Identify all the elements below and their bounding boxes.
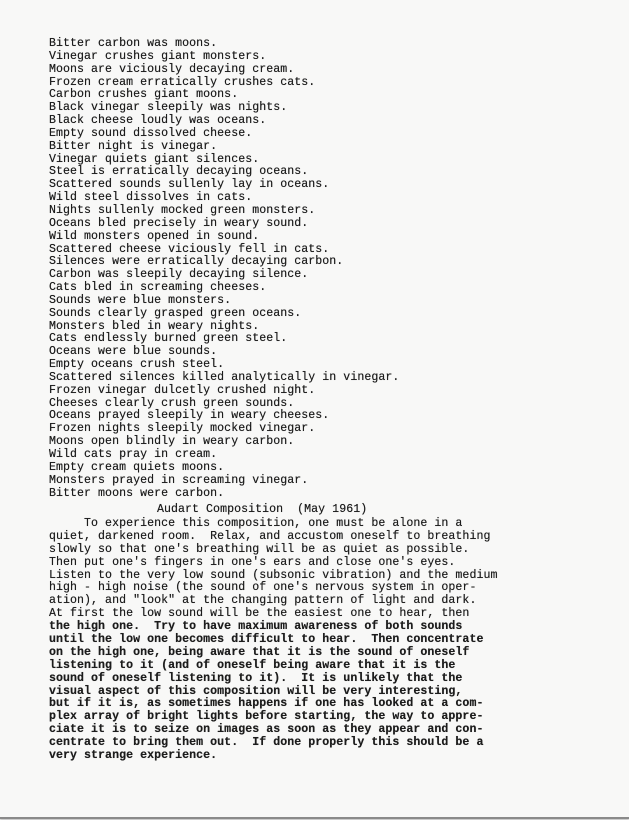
composition-line: on the high one, being aware that it is …	[49, 647, 497, 660]
poem-line: Sounds clearly grasped green oceans.	[49, 308, 399, 321]
poem-line: Empty oceans crush steel.	[49, 359, 399, 372]
poem-line: Vinegar crushes giant monsters.	[49, 51, 399, 64]
poem-line: Bitter moons were carbon.	[49, 488, 399, 501]
poem-line: Wild cats pray in cream.	[49, 449, 399, 462]
poem-line: Empty cream quiets moons.	[49, 462, 399, 475]
composition-line: sound of oneself listening to it). It is…	[49, 673, 497, 686]
poem-line: Cats bled in screaming cheeses.	[49, 282, 399, 295]
poem-line: Empty sound dissolved cheese.	[49, 128, 399, 141]
poem-line: Black cheese loudly was oceans.	[49, 115, 399, 128]
composition-line: quiet, darkened room. Relax, and accusto…	[49, 531, 497, 544]
composition-text: To experience this composition, one must…	[49, 518, 497, 763]
composition-title: Audart Composition (May 1961)	[157, 503, 367, 516]
poem-line: Nights sullenly mocked green monsters.	[49, 205, 399, 218]
typewritten-page: Bitter carbon was moons. Vinegar crushes…	[0, 0, 629, 819]
composition-line: until the low one becomes difficult to h…	[49, 634, 497, 647]
poem-line: Oceans bled precisely in weary sound.	[49, 218, 399, 231]
poem-line: Bitter carbon was moons.	[49, 38, 399, 51]
composition-line: listening to it (and of oneself being aw…	[49, 660, 497, 673]
composition-line: slowly so that one's breathing will be a…	[49, 544, 497, 557]
poem: Bitter carbon was moons. Vinegar crushes…	[49, 38, 399, 500]
poem-line: Wild monsters opened in sound.	[49, 231, 399, 244]
poem-line: Sounds were blue monsters.	[49, 295, 399, 308]
poem-line: Bitter night is vinegar.	[49, 141, 399, 154]
poem-line: Monsters prayed in screaming vinegar.	[49, 475, 399, 488]
composition-line: Then put one's fingers in one's ears and…	[49, 557, 497, 570]
poem-line: Frozen vinegar dulcetly crushed night.	[49, 385, 399, 398]
composition-line: To experience this composition, one must…	[49, 518, 497, 531]
poem-line: Moons are viciously decaying cream.	[49, 64, 399, 77]
poem-line: Scattered silences killed analytically i…	[49, 372, 399, 385]
composition-line: very strange experience.	[49, 750, 497, 763]
